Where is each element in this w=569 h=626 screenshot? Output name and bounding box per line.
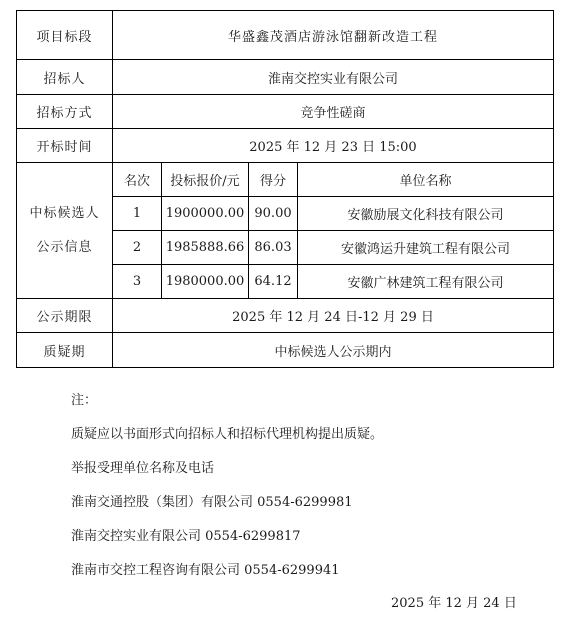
score: 86.03 <box>249 231 298 265</box>
row-tenderer: 招标人 淮南交控实业有限公司 <box>17 60 554 95</box>
candidates-label: 中标候选人 公示信息 <box>17 163 113 299</box>
project-value: 华盛鑫茂酒店游泳馆翻新改造工程 <box>113 11 554 60</box>
row-method: 招标方式 竞争性磋商 <box>17 95 554 129</box>
price: 1900000.00 <box>162 197 249 231</box>
rank: 2 <box>113 231 162 265</box>
candidates-header-row: 中标候选人 公示信息 名次 投标报价/元 得分 单位名称 <box>17 163 554 197</box>
company: 安徽广林建筑工程有限公司 <box>298 265 554 299</box>
score: 64.12 <box>249 265 298 299</box>
row-query-period: 质疑期 中标候选人公示期内 <box>17 333 554 368</box>
score: 90.00 <box>249 197 298 231</box>
header-price: 投标报价/元 <box>162 163 249 197</box>
company: 安徽励展文化科技有限公司 <box>298 197 554 231</box>
method-label: 招标方式 <box>17 95 113 129</box>
price: 1980000.00 <box>162 265 249 299</box>
candidates-label-line1: 中标候选人 <box>17 197 112 231</box>
note-line: 淮南交通控股（集团）有限公司 0554-6299981 <box>71 491 353 510</box>
row-opening-time: 开标时间 2025 年 12 月 23 日 15:00 <box>17 129 554 163</box>
header-company: 单位名称 <box>298 163 554 197</box>
document-date: 2025 年 12 月 24 日 <box>391 592 517 611</box>
note-line: 淮南市交控工程咨询有限公司 0554-6299941 <box>71 559 340 578</box>
rank: 1 <box>113 197 162 231</box>
header-score: 得分 <box>249 163 298 197</box>
method-value: 竞争性磋商 <box>113 95 554 129</box>
price: 1985888.66 <box>162 231 249 265</box>
note-line: 质疑应以书面形式向招标人和招标代理机构提出质疑。 <box>71 423 383 442</box>
note-line: 淮南交控实业有限公司 0554-6299817 <box>71 525 301 544</box>
row-project: 项目标段 华盛鑫茂酒店游泳馆翻新改造工程 <box>17 11 554 60</box>
bid-result-table: 项目标段 华盛鑫茂酒店游泳馆翻新改造工程 招标人 淮南交控实业有限公司 招标方式… <box>16 10 554 368</box>
row-publicity-period: 公示期限 2025 年 12 月 24 日-12 月 29 日 <box>17 299 554 333</box>
opening-time-label: 开标时间 <box>17 129 113 163</box>
header-rank: 名次 <box>113 163 162 197</box>
project-label: 项目标段 <box>17 11 113 60</box>
note-line: 举报受理单位名称及电话 <box>71 457 214 476</box>
publicity-period-value: 2025 年 12 月 24 日-12 月 29 日 <box>113 299 554 333</box>
tenderer-label: 招标人 <box>17 60 113 95</box>
notes-heading: 注： <box>71 389 97 408</box>
query-period-value: 中标候选人公示期内 <box>113 333 554 368</box>
candidates-label-line2: 公示信息 <box>17 231 112 265</box>
company: 安徽鸿运升建筑工程有限公司 <box>298 231 554 265</box>
tenderer-value: 淮南交控实业有限公司 <box>113 60 554 95</box>
query-period-label: 质疑期 <box>17 333 113 368</box>
rank: 3 <box>113 265 162 299</box>
opening-time-value: 2025 年 12 月 23 日 15:00 <box>113 129 554 163</box>
publicity-period-label: 公示期限 <box>17 299 113 333</box>
